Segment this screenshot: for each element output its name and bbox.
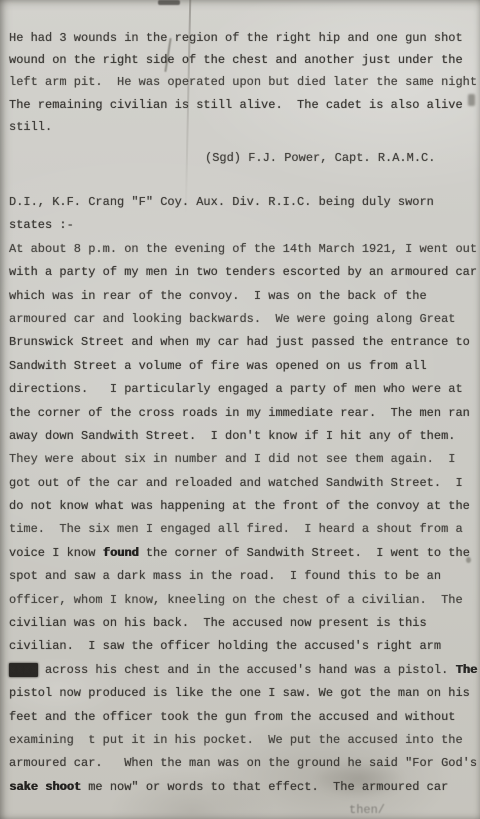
- typewritten-line: wound on the right side of the chest and…: [9, 49, 480, 71]
- line-text: voice I know: [9, 546, 103, 560]
- typewritten-line: officer, whom I know, kneeling on the ch…: [9, 589, 480, 612]
- testimony-paragraph: D.I., K.F. Crang "F" Coy. Aux. Div. R.I.…: [9, 191, 480, 799]
- emphasized-words: sake shoot: [9, 780, 81, 794]
- typewritten-line-with-emphasis: voice I know found the corner of Sandwit…: [9, 542, 480, 565]
- typewritten-line-with-emphasis: sake shoot me now" or words to that effe…: [9, 776, 480, 799]
- typewritten-line: do not know what was happening at the fr…: [9, 495, 480, 518]
- typewritten-line: the corner of the cross roads in my imme…: [9, 402, 480, 425]
- typewritten-line: examining t put it in his pocket. We put…: [9, 729, 480, 752]
- medical-report-paragraph: He had 3 wounds in the region of the rig…: [9, 27, 480, 169]
- typewritten-line: feet and the officer took the gun from t…: [9, 706, 480, 729]
- typewritten-line: pistol now produced is like the one I sa…: [9, 682, 480, 705]
- emphasized-word: The: [455, 663, 477, 677]
- typewritten-line: armoured car and looking backwards. We w…: [9, 308, 480, 331]
- page-number-remnant: [158, 0, 180, 5]
- typewritten-line: armoured car. When the man was on the gr…: [9, 752, 480, 775]
- emphasized-word: found: [103, 546, 139, 560]
- typewritten-line-with-strikeout: xxxx across his chest and in the accused…: [9, 659, 480, 682]
- swearing-in-line: D.I., K.F. Crang "F" Coy. Aux. Div. R.I.…: [9, 191, 480, 214]
- line-text: across his chest and in the accused's ha…: [38, 663, 456, 677]
- swearing-in-line: states :-: [9, 214, 480, 237]
- typewritten-line: got out of the car and reloaded and watc…: [9, 472, 480, 495]
- typewritten-line: left arm pit. He was operated upon but d…: [9, 71, 480, 93]
- typewritten-line: directions. I particularly engaged a par…: [9, 378, 480, 401]
- typewritten-line: with a party of my men in two tenders es…: [9, 261, 480, 284]
- typed-overstrike-blot: xxxx: [9, 663, 38, 677]
- typewritten-line: which was in rear of the convoy. I was o…: [9, 285, 480, 308]
- page-catchword: then/: [349, 803, 385, 817]
- typewritten-line: still.: [9, 116, 480, 138]
- scanned-document-page: He had 3 wounds in the region of the rig…: [0, 0, 480, 819]
- typewritten-line: Sandwith Street a volume of fire was ope…: [9, 355, 480, 378]
- signature-line: (Sgd) F.J. Power, Capt. R.A.M.C.: [9, 147, 480, 169]
- typewritten-line: The remaining civilian is still alive. T…: [9, 94, 480, 116]
- line-text: me now" or words to that effect. The arm…: [81, 780, 448, 794]
- typewritten-line: They were about six in number and I did …: [9, 448, 480, 471]
- typewritten-line: At about 8 p.m. on the evening of the 14…: [9, 238, 480, 261]
- typewritten-line: He had 3 wounds in the region of the rig…: [9, 27, 480, 49]
- typewritten-line: civilian was on his back. The accused no…: [9, 612, 480, 635]
- typewritten-line: Brunswick Street and when my car had jus…: [9, 331, 480, 354]
- line-text: the corner of Sandwith Street. I went to…: [139, 546, 470, 560]
- typewritten-line: away down Sandwith Street. I don't know …: [9, 425, 480, 448]
- typewritten-line: civilian. I saw the officer holding the …: [9, 635, 480, 658]
- typewritten-line: time. The six men I engaged all fired. I…: [9, 518, 480, 541]
- typewritten-line: spot and saw a dark mass in the road. I …: [9, 565, 480, 588]
